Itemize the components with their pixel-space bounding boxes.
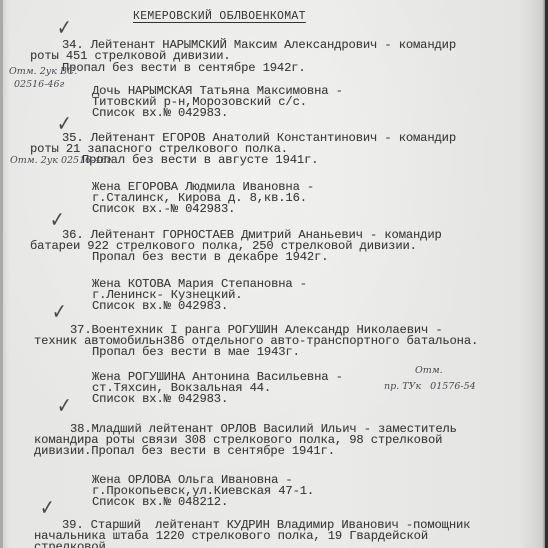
check-mark-icon: ✓ (57, 18, 72, 40)
entry-38-relative-3: Список вх.№ 048212. (92, 496, 228, 508)
entry-37-margin-note-2: пр. ТУк 01576-54 (384, 382, 476, 392)
check-mark-icon: ✓ (57, 396, 72, 418)
entry-34-relative-3: Список вх.№ 042983. (92, 107, 228, 119)
entry-34-line-3: Пропал без вести в сентябре 1942г. (62, 62, 306, 74)
entry-38-line-3: дивизии.Пропал без вести в сентябре 1941… (34, 445, 335, 457)
entry-37-relative-3: Список вх.№ 042983. (92, 393, 228, 405)
entry-34-margin-note-1: Отм. 2ук ВС. (9, 67, 77, 77)
entry-37-margin-note-1: Отм. (415, 366, 443, 376)
check-mark-icon: ✓ (52, 302, 67, 324)
entry-36-relative-3: Список вх.№ 042983. (92, 300, 228, 312)
scan-left-edge (0, 0, 3, 548)
scanned-document-page: КЕМЕРОВСКИЙ ОБЛВОЕНКОМАТ ✓ ✓ ✓ ✓ ✓ ✓ 34.… (0, 0, 548, 548)
entry-35-relative-3: Список вх.-№ 042983. (92, 203, 235, 215)
entry-35-line-3: Пропал без вести в августе 1941г. (82, 154, 318, 166)
entry-36-line-3: Пропал без вести в декабре 1942г. (92, 251, 328, 263)
entry-34-margin-note-2: 02516-46г (14, 80, 64, 90)
entry-37-line-3: Пропал без вести в мае 1943г. (92, 346, 300, 358)
document-title: КЕМЕРОВСКИЙ ОБЛВОЕНКОМАТ (133, 10, 306, 23)
check-mark-icon: ✓ (40, 498, 55, 520)
entry-39-line-3: стрелковой (34, 541, 106, 548)
